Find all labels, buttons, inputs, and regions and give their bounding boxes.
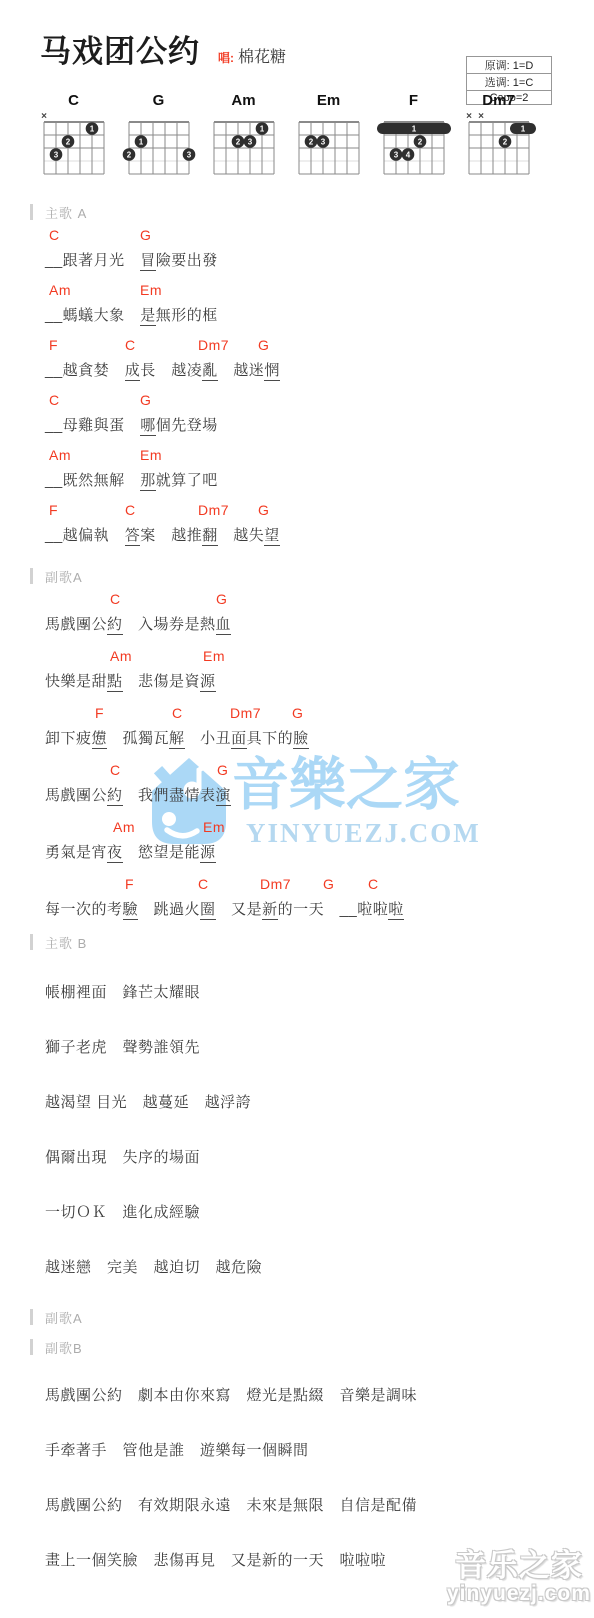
chord-row: FCDm7G <box>30 337 594 353</box>
lyric-line: 一切ＯＫ 進化成經驗 <box>30 1203 594 1223</box>
svg-text:2: 2 <box>503 137 508 146</box>
lyric-couplet: CG __母雞與蛋 哪個先登場 <box>30 392 594 436</box>
lyric-line: 帳棚裡面 鋒芒太耀眼 <box>30 983 594 1003</box>
svg-text:3: 3 <box>321 137 326 146</box>
lyric-couplet: CG 馬戲團公約 入場券是熱血 <box>30 591 594 635</box>
chord-row: CG <box>30 762 594 778</box>
lyric-line: __跟著月光 冒險要出發 <box>30 251 594 271</box>
lyric-line: 快樂是甜點 悲傷是資源 <box>30 672 594 692</box>
label-bar <box>30 1309 33 1325</box>
svg-text:1: 1 <box>521 125 526 134</box>
chord-row: AmEm <box>30 819 594 835</box>
chord-diagrams-row: C×123 G123 Am123 Em23 F1234 Dm7××12 <box>38 94 594 183</box>
svg-text:1: 1 <box>139 137 144 146</box>
chord-name-label: Dm7 <box>463 94 534 110</box>
chord-name-label: Em <box>293 94 364 110</box>
chord-name-label: G <box>123 94 194 110</box>
svg-text:2: 2 <box>309 137 314 146</box>
lyric-couplet: CG 馬戲團公約 我們盡情表演 <box>30 762 594 806</box>
artist-label: 唱: <box>218 49 234 66</box>
chord-diagram-em: Em23 <box>293 94 364 183</box>
svg-text:2: 2 <box>418 137 423 146</box>
lyric-line: 勇氣是宵夜 慾望是能源 <box>30 843 594 863</box>
lyric-couplet: CG __跟著月光 冒險要出發 <box>30 227 594 271</box>
lyric-line: 卸下疲憊 孤獨瓦解 小丑面具下的臉 <box>30 729 594 749</box>
section-label-chorus-a-repeat: 副歌A <box>30 1308 594 1326</box>
chord-diagram-am: Am123 <box>208 94 279 183</box>
chord-row: FCDm7G <box>30 502 594 518</box>
chord-name-label: Am <box>208 94 279 110</box>
lyric-couplet: FCDm7G __越貪婪 成長 越凌亂 越迷惘 <box>30 337 594 381</box>
key-info-row: 选调: 1=C <box>467 74 552 91</box>
section-chorus-b-lyrics: 馬戲團公約 劇本由你來寫 燈光是點綴 音樂是調味 手牽著手 管他是誰 遊樂每一個… <box>30 1386 594 1571</box>
lyric-couplet: AmEm 勇氣是宵夜 慾望是能源 <box>30 819 594 863</box>
lyric-line: __越貪婪 成長 越凌亂 越迷惘 <box>30 361 594 381</box>
chord-name-label: F <box>378 94 449 110</box>
svg-text:1: 1 <box>90 124 95 133</box>
selected-key: 选调: 1=C <box>467 74 552 91</box>
plain-lyric-group: 帳棚裡面 鋒芒太耀眼 獅子老虎 聲勢誰領先 越渴望 目光 越蔓延 越浮誇 偶爾出… <box>30 983 594 1278</box>
svg-text:3: 3 <box>248 137 253 146</box>
svg-text:1: 1 <box>412 125 417 134</box>
svg-text:×: × <box>41 111 47 122</box>
lyric-line: __既然無解 那就算了吧 <box>30 471 594 491</box>
lyric-line: 馬戲團公約 入場券是熱血 <box>30 615 594 635</box>
lyric-couplet: FCDm7G 卸下疲憊 孤獨瓦解 小丑面具下的臉 <box>30 705 594 749</box>
lyric-line: 馬戲團公約 我們盡情表演 <box>30 786 594 806</box>
lyric-line: 偶爾出現 失序的場面 <box>30 1148 594 1168</box>
chord-diagram-g: G123 <box>123 94 194 183</box>
chord-row: FCDm7G <box>30 705 594 721</box>
chord-row: CG <box>30 227 594 243</box>
header: 马戏团公约 唱: 棉花糖 原调: 1=D 选调: 1=C Capo=2 <box>0 26 594 68</box>
lyric-line: 畫上一個笑臉 悲傷再見 又是新的一天 啦啦啦 <box>30 1551 594 1571</box>
section-repeat-markers: 副歌A 副歌B <box>30 1308 594 1356</box>
lyric-line: 馬戲團公約 有效期限永遠 未來是無限 自信是配備 <box>30 1496 594 1516</box>
svg-text:4: 4 <box>406 150 411 159</box>
lyric-couplet: AmEm __螞蟻大象 是無形的框 <box>30 282 594 326</box>
chord-row: AmEm <box>30 447 594 463</box>
label-bar <box>30 568 33 584</box>
label-bar <box>30 1339 33 1355</box>
label-bar <box>30 204 33 220</box>
label-bar <box>30 934 33 950</box>
section-verse-a: 主歌 A CG __跟著月光 冒險要出發 AmEm __螞蟻大象 是無形的框 F… <box>30 203 594 546</box>
chord-row: AmEm <box>30 282 594 298</box>
lyric-line: 手牽著手 管他是誰 遊樂每一個瞬間 <box>30 1441 594 1461</box>
section-label: 主歌 B <box>30 933 594 951</box>
svg-text:3: 3 <box>187 150 192 159</box>
key-info-row: 原调: 1=D <box>467 57 552 74</box>
lyric-couplet: AmEm __既然無解 那就算了吧 <box>30 447 594 491</box>
lyric-line: __母雞與蛋 哪個先登場 <box>30 416 594 436</box>
svg-text:×: × <box>466 111 472 122</box>
chord-diagram-dm7: Dm7××12 <box>463 94 534 183</box>
svg-text:2: 2 <box>236 137 241 146</box>
chord-name-label: C <box>38 94 109 110</box>
lyrics-content: 主歌 A CG __跟著月光 冒險要出發 AmEm __螞蟻大象 是無形的框 F… <box>30 203 594 1571</box>
svg-text:1: 1 <box>260 124 265 133</box>
section-verse-b: 主歌 B 帳棚裡面 鋒芒太耀眼 獅子老虎 聲勢誰領先 越渴望 目光 越蔓延 越浮… <box>30 933 594 1278</box>
svg-text:3: 3 <box>54 150 59 159</box>
section-label: 主歌 A <box>30 203 594 221</box>
lyric-couplet: FCDm7G __越偏執 答案 越推翻 越失望 <box>30 502 594 546</box>
lyric-line: __螞蟻大象 是無形的框 <box>30 306 594 326</box>
lyric-couplet: FCDm7GC 每一次的考驗 跳過火圈 又是新的一天 __啦啦啦 <box>30 876 594 920</box>
chord-row: AmEm <box>30 648 594 664</box>
lyric-line: 每一次的考驗 跳過火圈 又是新的一天 __啦啦啦 <box>30 900 594 920</box>
lyric-line: 馬戲團公約 劇本由你來寫 燈光是點綴 音樂是調味 <box>30 1386 594 1406</box>
chord-diagram-c: C×123 <box>38 94 109 183</box>
chord-row: CG <box>30 392 594 408</box>
svg-text:×: × <box>478 111 484 122</box>
original-key: 原调: 1=D <box>467 57 552 74</box>
section-label-chorus-b-repeat: 副歌B <box>30 1338 594 1356</box>
svg-text:2: 2 <box>127 150 132 159</box>
artist-name: 棉花糖 <box>238 44 286 67</box>
section-chorus-a: 副歌A CG 馬戲團公約 入場券是熱血 AmEm 快樂是甜點 悲傷是資源 FCD… <box>30 567 594 920</box>
chord-row: CG <box>30 591 594 607</box>
lyric-line: 越迷戀 完美 越迫切 越危險 <box>30 1258 594 1278</box>
lyric-line: __越偏執 答案 越推翻 越失望 <box>30 526 594 546</box>
chord-diagram-f: F1234 <box>378 94 449 183</box>
lyric-couplet: AmEm 快樂是甜點 悲傷是資源 <box>30 648 594 692</box>
chord-row: FCDm7GC <box>30 876 594 892</box>
lyric-line: 獅子老虎 聲勢誰領先 <box>30 1038 594 1058</box>
svg-text:3: 3 <box>394 150 399 159</box>
page-title: 马戏团公约 <box>40 26 200 71</box>
lyric-line: 越渴望 目光 越蔓延 越浮誇 <box>30 1093 594 1113</box>
section-label: 副歌A <box>30 567 594 585</box>
watermark-corner-site: yinyuezj.com <box>447 1583 591 1605</box>
svg-text:2: 2 <box>66 137 71 146</box>
